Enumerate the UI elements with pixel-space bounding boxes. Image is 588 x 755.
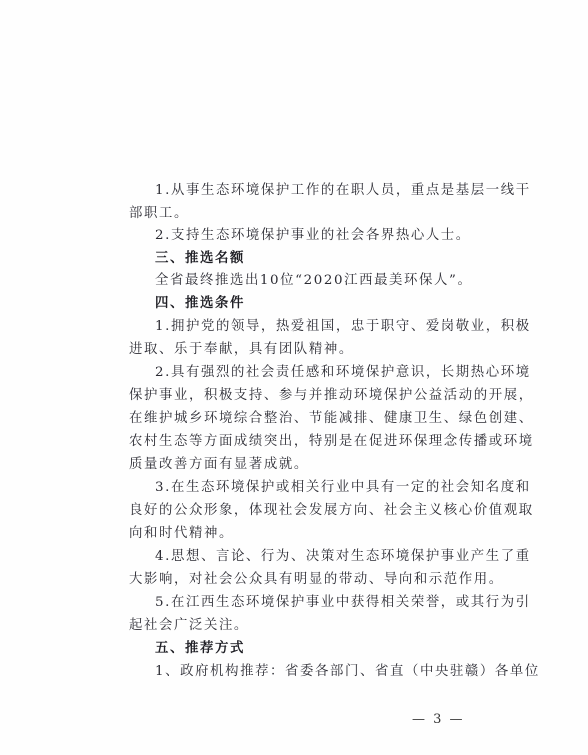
text-line: 保护事业，积极支持、参与并推动环境保护公益活动的开展， [129, 388, 451, 404]
text-line: 部职工。 [129, 206, 451, 222]
text-line: 在维护城乡环境综合整治、节能减排、健康卫生、绿色创建、 [129, 411, 451, 427]
text-line: 3.在生态环境保护或相关行业中具有一定的社会知名度和 [155, 480, 451, 496]
text-line: 2.具有强烈的社会责任感和环境保护意识，长期热心环境 [155, 365, 451, 381]
text-line: 全省最终推选出10位“2020江西最美环保人”。 [155, 273, 451, 289]
text-line: 质量改善方面有显著成就。 [129, 457, 451, 473]
section-heading: 三、推选名额 [155, 251, 451, 267]
text-line: 大影响，对社会公众具有明显的带动、导向和示范作用。 [129, 572, 451, 588]
section-heading: 五、推荐方式 [155, 641, 451, 657]
text-line: 1、政府机构推荐：省委各部门、省直（中央驻赣）各单位 [155, 664, 451, 680]
page-number: — 3 — [412, 712, 465, 727]
document-page: 1.从事生态环境保护工作的在职人员，重点是基层一线干 部职工。 2.支持生态环境… [0, 0, 588, 755]
section-heading: 四、推选条件 [155, 296, 451, 312]
text-line: 良好的公众形象，体现社会发展方向、社会主义核心价值观取 [129, 503, 451, 519]
text-line: 4.思想、言论、行为、决策对生态环境保护事业产生了重 [155, 549, 451, 565]
text-line: 1.从事生态环境保护工作的在职人员，重点是基层一线干 [155, 183, 451, 199]
text-line: 1.拥护党的领导，热爱祖国，忠于职守、爱岗敬业，积极 [155, 319, 451, 335]
text-line: 向和时代精神。 [129, 526, 451, 542]
text-line: 农村生态等方面成绩突出，特别是在促进环保理念传播或环境 [129, 434, 451, 450]
text-line: 5.在江西生态环境保护事业中获得相关荣誉，或其行为引 [155, 595, 451, 611]
text-line: 起社会广泛关注。 [129, 618, 451, 634]
text-line: 2.支持生态环境保护事业的社会各界热心人士。 [155, 228, 451, 244]
text-line: 进取、乐于奉献，具有团队精神。 [129, 342, 451, 358]
